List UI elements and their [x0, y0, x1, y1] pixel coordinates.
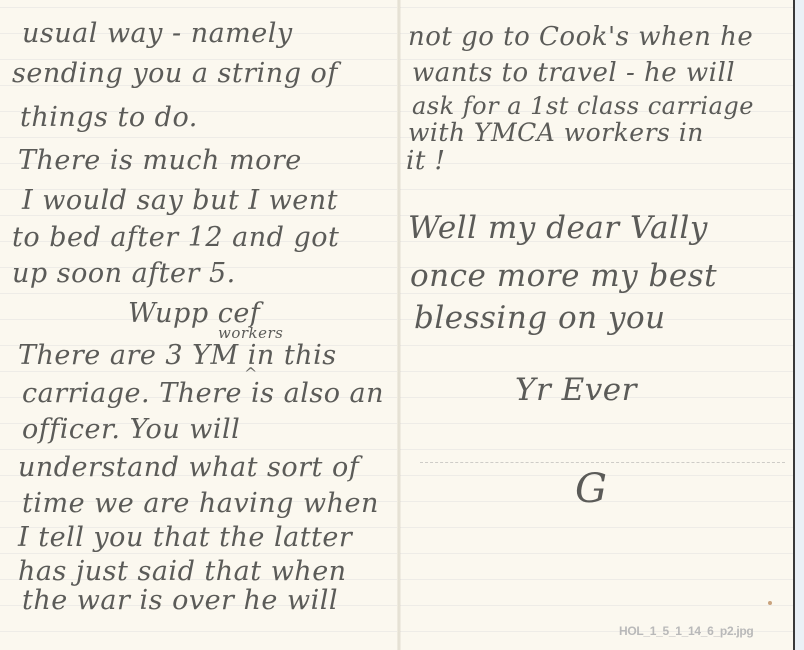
handwritten-line: not go to Cook's when he: [408, 22, 753, 52]
filename-label: HOL_1_5_1_14_6_p2.jpg: [619, 624, 753, 638]
right-page: not go to Cook's when he wants to travel…: [400, 0, 793, 650]
handwritten-line: the war is over he will: [22, 585, 338, 616]
background-margin: [795, 0, 804, 650]
handwritten-line: usual way - namely: [22, 18, 293, 49]
handwritten-line: with YMCA workers in: [408, 118, 704, 147]
handwritten-line: to bed after 12 and got: [12, 222, 339, 253]
signoff: Yr Ever: [515, 372, 637, 408]
handwritten-line: officer. You will: [22, 414, 240, 445]
faint-dotted-line: [420, 462, 785, 463]
handwritten-line: has just said that when: [18, 556, 347, 587]
closing-line: once more my best: [410, 258, 717, 294]
handwritten-line: wants to travel - he will: [412, 58, 735, 88]
closing-line: blessing on you: [414, 300, 666, 336]
handwritten-line: things to do.: [20, 102, 198, 133]
handwritten-line: sending you a string of: [12, 58, 338, 89]
handwritten-line: up soon after 5.: [12, 258, 236, 289]
handwritten-line: There are 3 YM in this: [18, 340, 337, 371]
handwritten-line: carriage. There is also an: [22, 378, 384, 409]
closing-line: Well my dear Vally: [408, 210, 708, 246]
handwritten-line: I tell you that the latter: [18, 522, 352, 553]
left-page: usual way - namely sending you a string …: [0, 0, 398, 650]
letter-scan: usual way - namely sending you a string …: [0, 0, 795, 650]
handwritten-line: ask for a 1st class carriage: [412, 92, 754, 120]
handwritten-line: I would say but I went: [22, 185, 338, 216]
handwritten-line: time we are having when: [22, 488, 379, 519]
handwritten-line: understand what sort of: [18, 452, 359, 483]
paper-stain: [768, 601, 772, 605]
signature-initial: G: [575, 466, 607, 512]
handwritten-line: it !: [406, 146, 445, 176]
handwritten-line: There is much more: [18, 145, 302, 176]
